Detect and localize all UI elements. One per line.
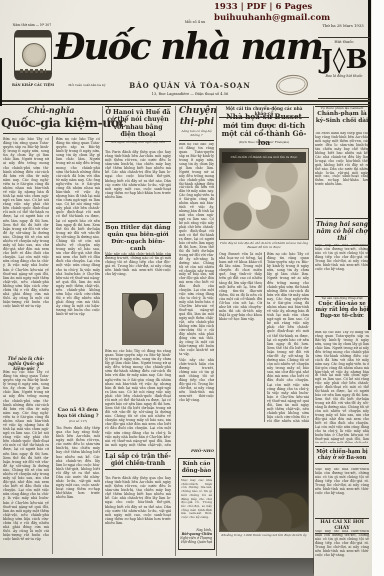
left-col1-text: Bữa nọ các báo Tây có đăng tin rằng quan…: [3, 137, 49, 353]
busset-body-col1: Ông Busset vốn là một nhà họa-sư có tiến…: [219, 252, 262, 422]
left-col2-text: Bữa nọ các báo Tây có đăng tin rằng quan…: [56, 137, 100, 405]
job-ad-slogan: Bao lá đóng hút thuốc: [318, 75, 370, 79]
milk-ad-caption: BÁN KHẮP CÁC TIỆM: [2, 83, 64, 87]
overlay-line1: 1933 | PDF | 6 Pages: [214, 2, 364, 13]
column-rule-2: [175, 106, 176, 556]
hanoi-deck: Nói nghe rõ-ràng như ngồi một bên: [105, 141, 171, 145]
column-rule-3: [216, 106, 217, 556]
right-body-1: Tin Paris đánh dây thép qua cho hay rằng…: [315, 132, 369, 216]
thiphi-kicker-1: Chuyện: [179, 106, 214, 117]
busset-photo-caption: Trên đây là bức địa-đồ chỗ di-tích cổ-th…: [219, 242, 309, 249]
column-rule-left-inner: [52, 136, 53, 554]
busset-body-col2: Bữa nọ các báo Tây có đăng tin rằng quan…: [267, 252, 309, 422]
notice-headline: Kính cáo đồng-bào: [179, 461, 214, 474]
right-body-2: Việc nầy các nhà chức-trách hiện còn đươ…: [315, 244, 369, 294]
right-headline-1: Chánh-phạm là ký-Sinh chối dài: [315, 111, 369, 125]
right-body-4: Việc nầy các nhà chức-trách hiện còn đươ…: [315, 468, 369, 516]
notice-box: Kính cáo đồng-bào Việc nầy các nhà chức-…: [178, 458, 215, 550]
left-article-headline: Quốc-gia kiệm-ước: [1, 115, 101, 130]
thiphi-deck: Làng báo có ủng-hộ không ?: [179, 130, 214, 137]
hitler-portrait-photo: [122, 293, 164, 345]
gaul-citadel-photo: Chỗ di-tích cổ-thành Gô-loa mới tìm ra đ…: [219, 148, 309, 240]
thiphi-signature: PHÓ-NHO: [179, 449, 214, 454]
hitler-headline: Bọn Hitler đặt đảng quân qua biên-giới Đ…: [105, 222, 171, 256]
scan-bottom-band: [0, 558, 314, 576]
office-line: BÁO QUÁN VÀ TÒA-SOẠN: [106, 82, 274, 90]
masthead-rule-thick: [2, 100, 370, 102]
ruins-photo-caption: Khoảng trong 1.000 thước vuông nơi tìm đ…: [219, 534, 309, 538]
right-body-5: Việc nầy các nhà chức-trách hiện còn đươ…: [315, 530, 369, 574]
hanoi-body: Tin Paris đánh dây thép qua cho hay rằng…: [105, 150, 171, 220]
left-headline-rule: [3, 133, 99, 134]
job-cigarette-ad: Hút thuốc J◊B Bao lá đóng hút thuốc: [318, 37, 370, 99]
notice-body: Việc nầy các nhà chức-trách hiện còn đươ…: [181, 479, 212, 527]
column-rule-1: [102, 106, 103, 556]
left-subhead-1: Thế nào là chủ-nghĩa Quốc-gia kiệm-ước ?: [3, 356, 49, 371]
gaul-citadel-photo-overlay-caption: Chỗ di-tích cổ-thành Gô-loa mới tìm ra đ…: [222, 152, 306, 163]
right-body-3: Bữa nọ các báo Tây có đăng tin rằng quan…: [315, 331, 369, 443]
busset-subline: (Dịch theo tờ Éclaireur Français): [219, 141, 309, 145]
hitler-body-2: Bữa nọ các báo Tây có đăng tin rằng quan…: [105, 349, 171, 447]
column-rule-4: [313, 106, 314, 574]
masthead-title: Đuốc nhà nam: [44, 26, 332, 69]
job-logo: J◊B: [318, 45, 370, 75]
left-col2-text-2: Tin Paris đánh dây thép qua cho hay rằng…: [56, 426, 100, 554]
column-rule-busset-inner: [264, 252, 265, 422]
thiphi-rule: [179, 140, 214, 141]
scan-edge-mark-left: [0, 58, 2, 106]
thiphi-kicker-2: thị-phi: [179, 117, 214, 128]
office-left-note: Mỗi tuần xuất-bản ba kỳ: [68, 84, 106, 88]
right-kicker-3: Tại sân vận-động Pháp-Việt: [315, 296, 369, 301]
hanoi-headline: Ở Hanoi và Huế đã có thể nói chuyện với …: [105, 106, 171, 142]
right-headline-2: Tháng hai sang năm có hội chợ thi: [315, 218, 369, 246]
notice-rule: [182, 476, 211, 477]
thiphi-body-p1: Bữa nọ các báo Tây có đăng tin rằng quan…: [179, 143, 214, 356]
war-body: Tin Paris đánh dây thép qua cho hay rằng…: [105, 476, 171, 554]
war-headline: Lại sắp có trận thế-giới chiến-tranh: [105, 450, 171, 470]
left-subhead-2: Cao nã 43 đem họa tới chăng ?: [56, 408, 100, 420]
right-headline-3: Cuộc đấu-xảo xe máy rất lớn do hội Đạp-x…: [315, 301, 369, 320]
notice-sign-4: Hội-đồng Quản-hạt: [179, 541, 212, 545]
date-line: Thứ ba 28 Mars 1933: [314, 24, 372, 29]
thiphi-body-p2: Việc nầy các nhà chức-trách hiện còn đươ…: [179, 359, 214, 402]
right-headline-4: Một chiến-hạm bị cháy ở sở Ba-son: [315, 446, 369, 464]
newspaper-scan-page: 1933 | PDF | 6 Pages buihuuhanh@gmail.co…: [0, 0, 384, 576]
ruins-site-photo: [219, 428, 309, 532]
masthead-note: Mỗi số 4 xu: [150, 20, 240, 24]
office-address: 13, Rue Lagrandière — Điện thoại số 4.56: [106, 92, 274, 96]
hitler-body-1: Việc nầy các nhà chức-trách hiện còn đươ…: [105, 252, 171, 290]
left-subhead-2-note: (Coi số 117): [56, 420, 100, 424]
thiphi-body: Bữa nọ các báo Tây có đăng tin rằng quan…: [179, 143, 214, 447]
left-col1-text-2: Bữa nọ các báo Tây có đăng tin rằng quan…: [3, 370, 49, 554]
right-kicker-1: Vụ thuốc phiện lậu Lambert: [315, 106, 369, 111]
